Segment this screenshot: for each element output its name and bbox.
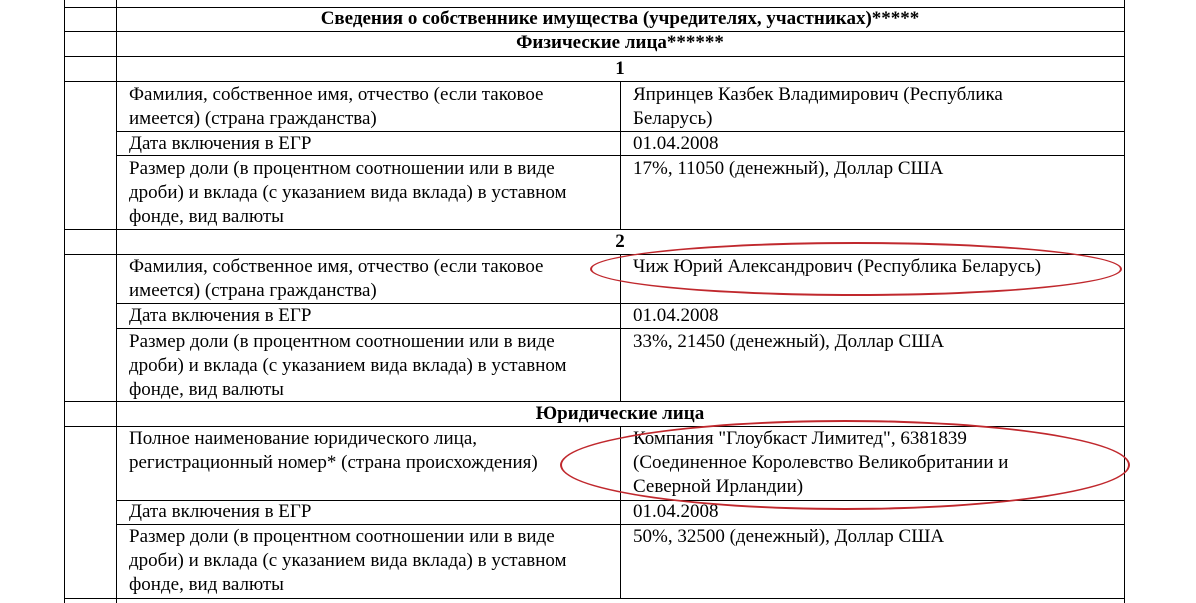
individuals-heading: Физические лица****** (116, 31, 1124, 55)
person-1-name-label-cont: имеется) (страна гражданства) (129, 107, 377, 131)
person-2-share-label-cont2: фонде, вид валюты (129, 378, 284, 402)
section-title: Сведения о собственнике имущества (учред… (116, 7, 1124, 31)
table-border-inner (116, 0, 117, 603)
person-2-share-value: 33%, 21450 (денежный), Доллар США (633, 330, 944, 354)
legal-share-label-cont2: фонде, вид валюты (129, 573, 284, 597)
person-2-date-label: Дата включения в ЕГР (129, 304, 311, 328)
person-1-date-value: 01.04.2008 (633, 132, 719, 156)
legal-name-label-cont: регистрационный номер* (страна происхожд… (129, 451, 538, 475)
person-1-name-value-cont: Беларусь) (633, 107, 712, 131)
person-2-share-label: Размер доли (в процентном соотношении ил… (129, 330, 555, 354)
table-border-left (64, 0, 65, 603)
person-2-share-label-cont: дроби) и вклада (с указанием вида вклада… (129, 354, 567, 378)
table-border-right (1124, 0, 1125, 603)
legal-share-value: 50%, 32500 (денежный), Доллар США (633, 525, 944, 549)
person-1-share-value: 17%, 11050 (денежный), Доллар США (633, 157, 943, 181)
legal-date-value: 01.04.2008 (633, 500, 719, 524)
legal-heading: Юридические лица (116, 402, 1124, 426)
person-2-date-value: 01.04.2008 (633, 304, 719, 328)
person-1-share-label-cont2: фонде, вид валюты (129, 205, 284, 229)
person-1-share-label-cont: дроби) и вклада (с указанием вида вклада… (129, 181, 567, 205)
person-1-share-label: Размер доли (в процентном соотношении ил… (129, 157, 555, 181)
legal-date-label: Дата включения в ЕГР (129, 500, 311, 524)
person-1-name-value: Япринцев Казбек Владимирович (Республика (633, 83, 1003, 107)
legal-share-label-cont: дроби) и вклада (с указанием вида вклада… (129, 549, 567, 573)
legal-name-value-cont: (Соединенное Королевство Великобритании … (633, 451, 1008, 475)
document-table: Сведения о собственнике имущества (учред… (0, 0, 1196, 603)
legal-name-label: Полное наименование юридического лица, (129, 427, 477, 451)
person-1-number: 1 (116, 57, 1124, 81)
person-2-name-label: Фамилия, собственное имя, отчество (если… (129, 255, 543, 279)
person-2-name-label-cont: имеется) (страна гражданства) (129, 279, 377, 303)
person-1-date-label: Дата включения в ЕГР (129, 132, 311, 156)
legal-share-label: Размер доли (в процентном соотношении ил… (129, 525, 555, 549)
legal-name-value: Компания "Глоубкаст Лимитед", 6381839 (633, 427, 967, 451)
person-2-name-value: Чиж Юрий Александрович (Республика Белар… (633, 255, 1041, 279)
person-2-number: 2 (116, 230, 1124, 254)
person-1-name-label: Фамилия, собственное имя, отчество (если… (129, 83, 543, 107)
legal-name-value-cont2: Северной Ирландии) (633, 475, 803, 499)
